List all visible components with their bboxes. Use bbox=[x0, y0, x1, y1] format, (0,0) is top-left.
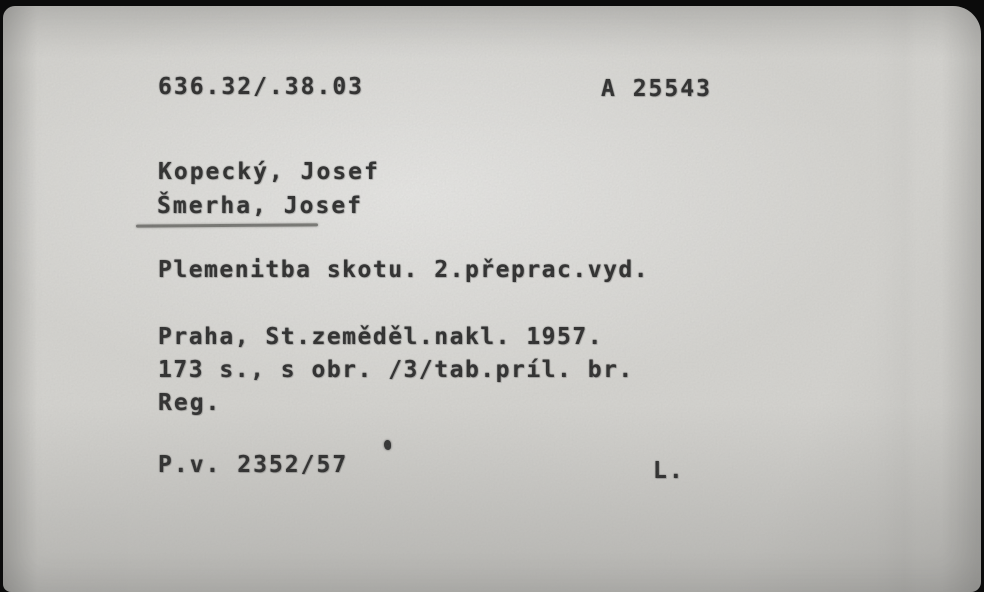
classification-number: 636.32/.38.03 bbox=[158, 74, 364, 100]
author-line-2: Šmerha, Josef bbox=[157, 193, 363, 219]
record-number: P.v. 2352/57 bbox=[158, 452, 348, 478]
ink-smudge-mark bbox=[384, 440, 391, 450]
accession-number: A 25543 bbox=[601, 76, 712, 102]
scan-background: 636.32/.38.03 A 25543 Kopecký, Josef Šme… bbox=[0, 0, 984, 592]
note-line: Reg. bbox=[158, 390, 221, 416]
cataloguer-initial: L. bbox=[653, 458, 685, 484]
author-underline bbox=[136, 223, 318, 227]
title-line: Plemenitba skotu. 2.přeprac.vyd. bbox=[158, 257, 649, 283]
author-line-1: Kopecký, Josef bbox=[158, 159, 380, 185]
paper-texture bbox=[3, 6, 981, 592]
collation-line: 173 s., s obr. /3/tab.príl. br. bbox=[158, 357, 634, 383]
imprint-line: Praha, St.zeměděl.nakl. 1957. bbox=[158, 324, 603, 350]
library-catalog-card: 636.32/.38.03 A 25543 Kopecký, Josef Šme… bbox=[3, 6, 981, 592]
